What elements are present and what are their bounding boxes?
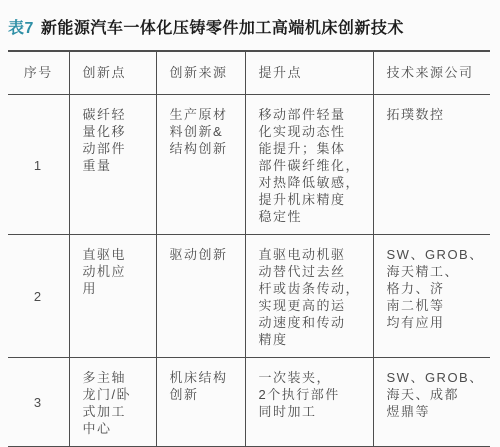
table-row: 1 碳纤轻 量化移 动部件 重量 生产原材 料创新& 结构创新 移动部件轻量 化…: [8, 94, 490, 234]
col-header-company: 技术来源公司: [373, 51, 490, 94]
row3-index: 3: [8, 357, 69, 447]
innovation-table: 序号 创新点 创新来源 提升点 技术来源公司 1 碳纤轻 量化移 动部件 重量 …: [8, 50, 490, 447]
col-header-index: 序号: [8, 51, 69, 94]
row2-company: SW、GROB、 海天精工、 格力、济 南二机等 均有应用: [373, 234, 490, 357]
row2-innovation: 直驱电 动机应 用: [69, 234, 156, 357]
row2-improvement: 直驱电动机驱 动替代过去丝 杆或齿条传动， 实现更高的运 动速度和传动 精度: [245, 234, 373, 357]
row3-source: 机床结构 创新: [156, 357, 245, 447]
row3-company: SW、GROB、 海天、成都 煜鼎等: [373, 357, 490, 447]
row1-company: 拓璞数控: [373, 94, 490, 234]
row1-improvement: 移动部件轻量 化实现动态性 能提升；集体 部件碳纤维化， 对热降低敏感， 提升机…: [245, 94, 373, 234]
row2-index: 2: [8, 234, 69, 357]
table-row: 3 多主轴 龙门/卧 式加工 中心 机床结构 创新 一次装夹， 2个执行部件 同…: [8, 357, 490, 447]
col-header-innovation: 创新点: [69, 51, 156, 94]
row1-source: 生产原材 料创新& 结构创新: [156, 94, 245, 234]
row2-source: 驱动创新: [156, 234, 245, 357]
row1-index: 1: [8, 94, 69, 234]
header-row: 序号 创新点 创新来源 提升点 技术来源公司: [8, 51, 490, 94]
page: 表7新能源汽车一体化压铸零件加工高端机床创新技术 序号 创新点 创新来源 提升点…: [0, 0, 500, 447]
table-number-label: 表7: [8, 20, 34, 37]
row1-innovation: 碳纤轻 量化移 动部件 重量: [69, 94, 156, 234]
col-header-source: 创新来源: [156, 51, 245, 94]
table-caption: 表7新能源汽车一体化压铸零件加工高端机床创新技术: [8, 15, 491, 38]
col-header-improvement: 提升点: [245, 51, 373, 94]
row3-innovation: 多主轴 龙门/卧 式加工 中心: [69, 357, 156, 447]
row3-improvement: 一次装夹， 2个执行部件 同时加工: [245, 357, 373, 447]
table-row: 2 直驱电 动机应 用 驱动创新 直驱电动机驱 动替代过去丝 杆或齿条传动， 实…: [8, 234, 490, 357]
table-title-text: 新能源汽车一体化压铸零件加工高端机床创新技术: [41, 20, 404, 37]
